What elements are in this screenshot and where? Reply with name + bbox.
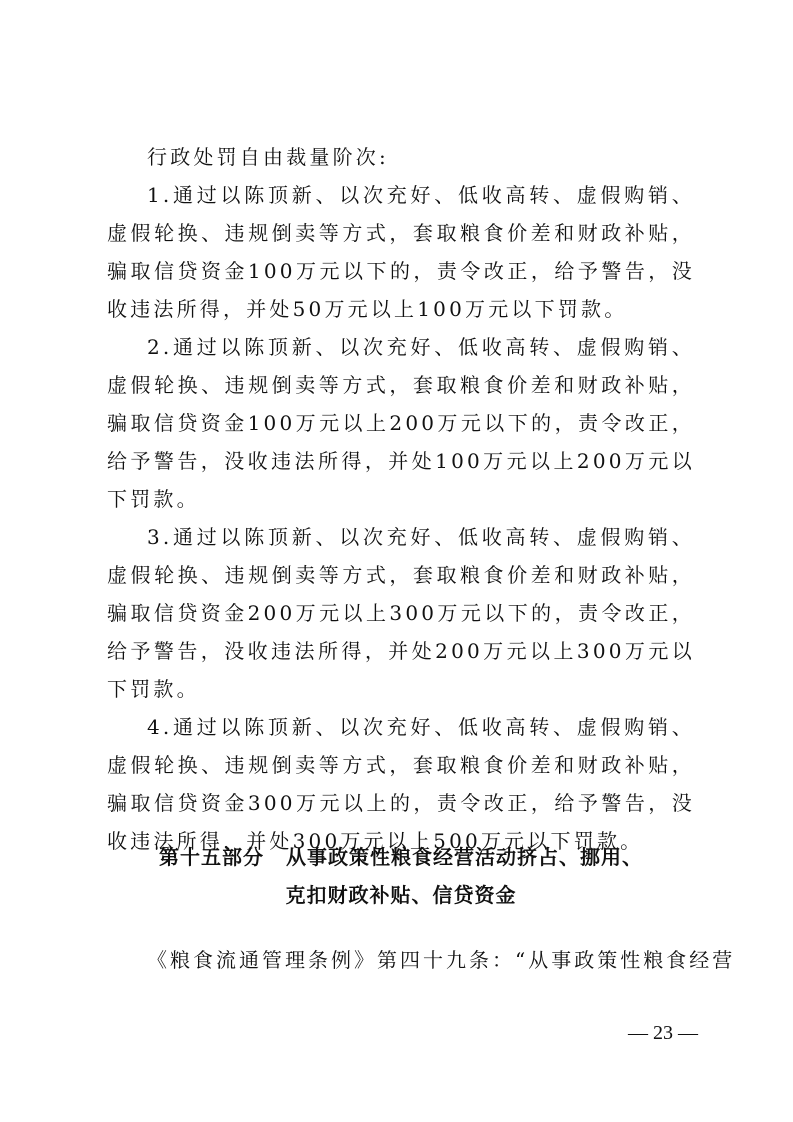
section-part-label: 第十五部分 (159, 845, 264, 869)
section-heading: 第十五部分从事政策性粮食经营活动挤占、挪用、 克扣财政补贴、信贷资金 (107, 838, 695, 914)
regulation-citation: 《粮食流通管理条例》第四十九条：“从事政策性粮食经营 (107, 941, 695, 979)
penalty-tier-2: 2.通过以陈顶新、以次充好、低收高转、虚假购销、虚假轮换、违规倒卖等方式，套取粮… (107, 328, 695, 518)
document-body: 行政处罚自由裁量阶次: 1.通过以陈顶新、以次充好、低收高转、虚假购销、虚假轮换… (107, 138, 695, 860)
discretion-intro: 行政处罚自由裁量阶次: (107, 138, 695, 176)
penalty-tier-1: 1.通过以陈顶新、以次充好、低收高转、虚假购销、虚假轮换、违规倒卖等方式，套取粮… (107, 176, 695, 328)
section-title-line2: 克扣财政补贴、信贷资金 (107, 876, 695, 914)
document-page: 行政处罚自由裁量阶次: 1.通过以陈顶新、以次充好、低收高转、虚假购销、虚假轮换… (0, 0, 793, 1122)
page-number: — 23 — (628, 1020, 698, 1046)
citation-text: 《粮食流通管理条例》第四十九条：“从事政策性粮食经营 (107, 941, 695, 979)
section-title-line1: 从事政策性粮食经营活动挤占、挪用、 (286, 845, 643, 869)
penalty-tier-3: 3.通过以陈顶新、以次充好、低收高转、虚假购销、虚假轮换、违规倒卖等方式，套取粮… (107, 518, 695, 708)
